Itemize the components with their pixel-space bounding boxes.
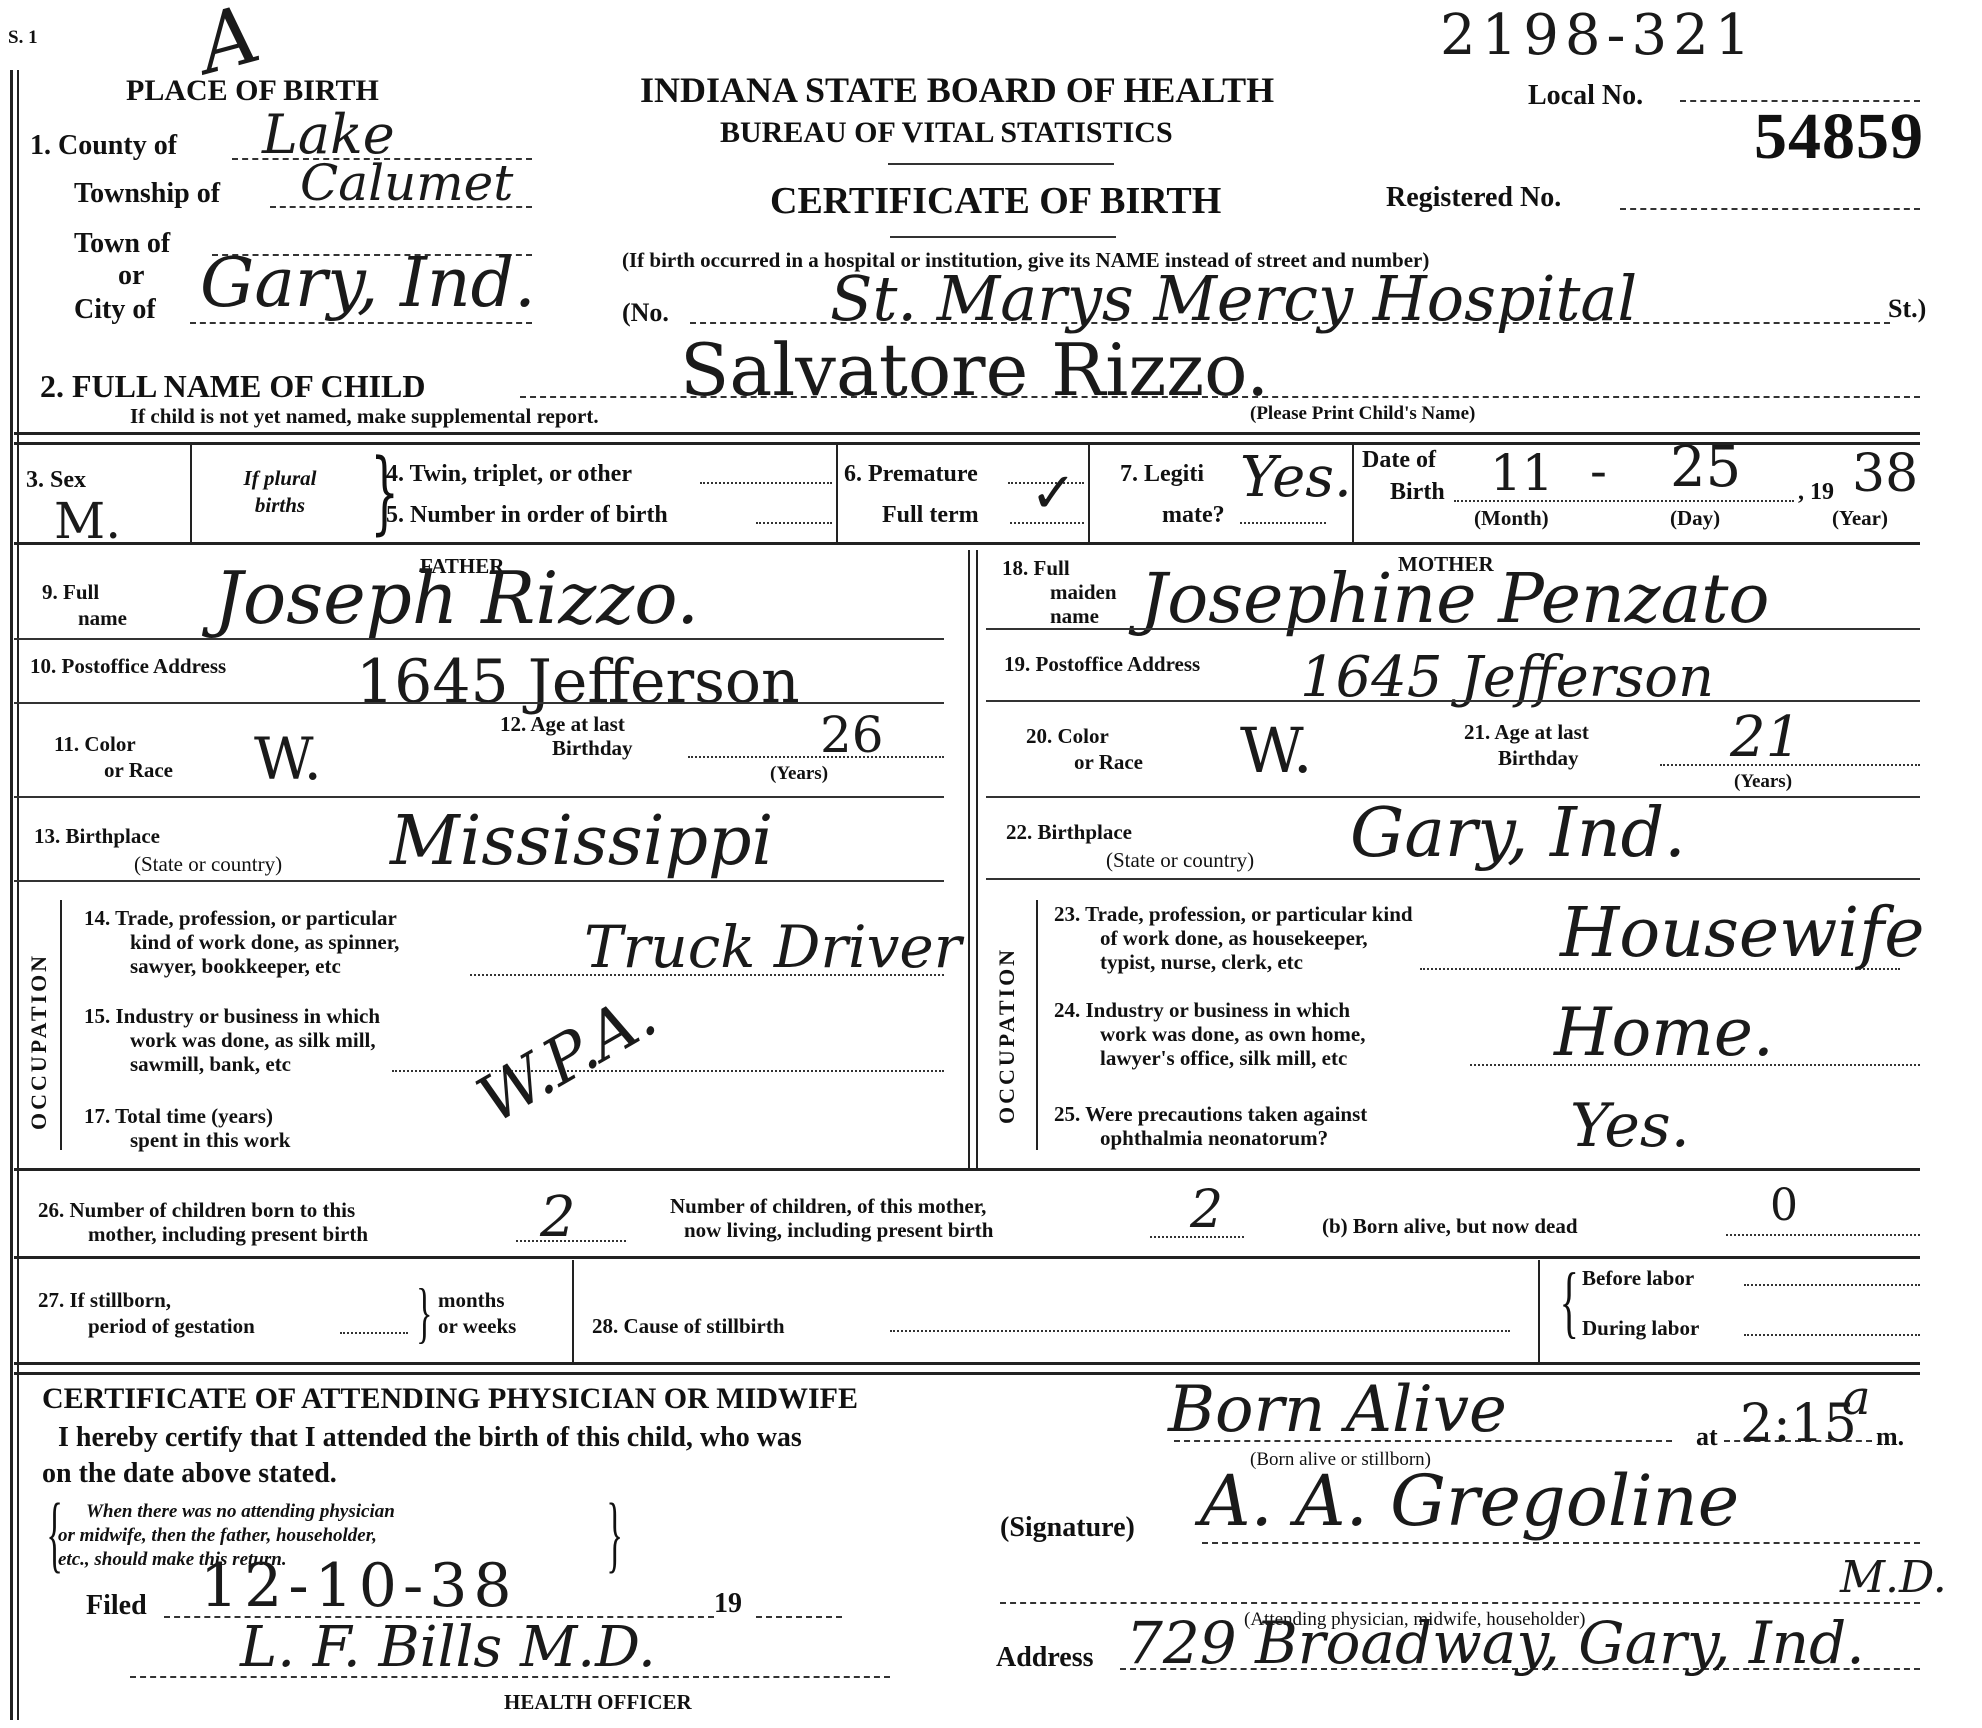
township-label: Township of (74, 180, 220, 208)
father-color-label-1: 11. Color (54, 734, 136, 755)
dob-year-prefix: , 19 (1798, 480, 1834, 504)
mother-occupation-side-label: OCCUPATION (994, 947, 1020, 1124)
note-brace-right: } (606, 1490, 623, 1576)
cause-label: 28. Cause of stillbirth (592, 1316, 785, 1337)
registered-no-label: Registered No. (1386, 184, 1561, 212)
plural-label-line2: births (220, 495, 340, 516)
title-rule-bottom (890, 236, 1116, 238)
or-label: or (118, 262, 144, 290)
mother-trade-label-3: typist, nurse, clerk, etc (1100, 952, 1303, 973)
agency-title: INDIANA STATE BOARD OF HEALTH (640, 72, 1274, 108)
mother-age-label-1: 21. Age at last (1464, 722, 1589, 743)
dob-label-1: Date of (1362, 448, 1436, 472)
mother-name-label-1: 18. Full (1002, 558, 1070, 579)
legit-value: Yes. (1240, 450, 1352, 506)
local-no-value: 54859 (1754, 104, 1924, 170)
at-label: at (1696, 1424, 1718, 1450)
plural-label: If plural births (220, 468, 340, 516)
full-term-check: ✓ (1030, 466, 1077, 522)
mother-birthplace-label: 22. Birthplace (1006, 822, 1132, 843)
labor-brace: { (1560, 1262, 1579, 1342)
mother-address-value: 1645 Jefferson (1300, 650, 1714, 706)
dob-separator: - (1590, 446, 1607, 496)
physician-address-value: 729 Broadway, Gary, Ind. (1126, 1614, 1865, 1672)
year-caption: (Year) (1832, 508, 1888, 529)
father-name-rule (14, 638, 944, 640)
registered-no-field[interactable] (1620, 208, 1920, 210)
mother-birthplace-rule (986, 878, 1920, 880)
county-label: 1. County of (30, 132, 177, 160)
mother-name-label-2: maiden (1050, 582, 1117, 603)
father-address-rule (14, 702, 944, 704)
certificate-text-2: on the date above stated. (42, 1460, 337, 1488)
twin-field[interactable] (700, 482, 832, 484)
mother-name-rule (986, 628, 1920, 630)
children-born-value: 2 (540, 1190, 576, 1246)
twin-label: 4. Twin, triplet, or other (386, 462, 632, 486)
left-border (10, 70, 13, 1720)
signature-suffix: M.D. (1840, 1556, 1947, 1600)
father-name-value: Joseph Rizzo. (214, 562, 699, 634)
row-rule-2 (14, 542, 1920, 545)
note-line-2: or midwife, then the father, householder… (58, 1526, 377, 1545)
mother-precautions-label-1: 25. Were precautions taken against (1054, 1104, 1367, 1125)
father-age-value: 26 (820, 710, 884, 760)
mother-address-rule (986, 700, 1920, 702)
father-industry-label-2: work was done, as silk mill, (130, 1030, 376, 1051)
cause-divider (1538, 1260, 1540, 1364)
health-officer-signature: L. F. Bills M.D. (240, 1620, 656, 1676)
street-prefix: (No. (622, 300, 669, 326)
signature-value: A. A. Gregoline (1200, 1466, 1739, 1536)
father-color-label-2: or Race (104, 760, 173, 781)
father-years-caption: (Years) (770, 764, 828, 783)
mother-birthplace-sub: (State or country) (1106, 850, 1254, 871)
filed-label: Filed (86, 1592, 147, 1620)
father-birthplace-value: Mississippi (390, 808, 773, 876)
children-living-label-2: now living, including present birth (684, 1220, 993, 1241)
children-dead-label: (b) Born alive, but now dead (1322, 1216, 1578, 1237)
certificate-text-1: I hereby certify that I attended the bir… (58, 1424, 802, 1452)
mother-precautions-label-2: ophthalmia neonatorum? (1100, 1128, 1328, 1149)
gestation-label-2: period of gestation (88, 1316, 255, 1337)
father-color-value: W. (254, 730, 322, 788)
legit-divider (1352, 442, 1354, 542)
father-birthplace-label: 13. Birthplace (34, 826, 160, 847)
father-name-label-2: name (78, 608, 127, 629)
left-border-inner (17, 70, 19, 1720)
signature-field-2[interactable] (1000, 1602, 1920, 1604)
premature-label: 6. Premature (844, 462, 978, 486)
gestation-field[interactable] (340, 1332, 408, 1334)
child-name-label: 2. FULL NAME OF CHILD (40, 370, 426, 402)
children-living-value: 2 (1190, 1184, 1223, 1236)
father-birthplace-sub: (State or country) (134, 854, 282, 875)
premature-divider (1088, 442, 1090, 542)
form-code: S. 1 (8, 28, 38, 47)
mother-occupation-rule (1036, 900, 1038, 1150)
city-label: City of (74, 296, 156, 324)
father-time-label-2: spent in this work (130, 1130, 290, 1151)
bureau-title: BUREAU OF VITAL STATISTICS (720, 118, 1173, 148)
plural-label-line1: If plural (220, 468, 340, 489)
mother-color-value: W. (1240, 720, 1313, 782)
town-label: Town of (74, 230, 170, 258)
mother-industry-value: Home. (1554, 1000, 1774, 1066)
row-rule-1 (14, 432, 1920, 435)
health-officer-label: HEALTH OFFICER (504, 1692, 692, 1713)
dob-month: 11 (1490, 448, 1554, 498)
mother-industry-label-2: work was done, as own home, (1100, 1024, 1365, 1045)
father-age-field[interactable] (688, 756, 944, 758)
father-address-label: 10. Postoffice Address (30, 656, 226, 677)
before-labor-field[interactable] (1744, 1284, 1920, 1286)
children-dead-value: 0 (1770, 1184, 1798, 1228)
note-line-1: When there was no attending physician (86, 1502, 395, 1521)
father-occupation-side-label: OCCUPATION (26, 953, 52, 1130)
mother-address-label: 19. Postoffice Address (1004, 654, 1200, 675)
before-labor-label: Before labor (1582, 1268, 1694, 1289)
legit-label-1: 7. Legiti (1120, 462, 1204, 486)
street-suffix: St.) (1888, 296, 1926, 322)
father-occupation-rule (60, 900, 62, 1150)
during-labor-label: During labor (1582, 1318, 1699, 1339)
hospital-value: St. Marys Mercy Hospital (830, 268, 1637, 330)
father-name-label-1: 9. Full (42, 582, 99, 603)
birth-ampm-value: a (1842, 1374, 1871, 1422)
father-trade-label-1: 14. Trade, profession, or particular (84, 908, 397, 929)
weeks-label: or weeks (438, 1316, 516, 1337)
children-dead-field[interactable] (1726, 1234, 1920, 1236)
parents-divider (968, 550, 970, 1170)
father-age-label-2: Birthday (552, 738, 633, 759)
mother-age-label-2: Birthday (1498, 748, 1579, 769)
gestation-brace: } (416, 1278, 432, 1346)
order-label: 5. Number in order of birth (386, 503, 668, 527)
mother-trade-label-1: 23. Trade, profession, or particular kin… (1054, 904, 1413, 925)
city-value: Gary, Ind. (200, 250, 536, 318)
father-age-label-1: 12. Age at last (500, 714, 625, 735)
dob-year: 38 (1852, 448, 1918, 500)
certificate-heading: CERTIFICATE OF ATTENDING PHYSICIAN OR MI… (42, 1384, 858, 1414)
mother-color-label-1: 20. Color (1026, 726, 1109, 747)
sex-label: 3. Sex (26, 468, 86, 492)
row-rule-1b (14, 442, 1920, 445)
row-rule-3 (14, 1168, 1920, 1171)
mother-industry-label-3: lawyer's office, silk mill, etc (1100, 1048, 1347, 1069)
parents-divider-b (976, 550, 978, 1170)
gestation-label-1: 27. If stillborn, (38, 1290, 171, 1311)
full-term-label: Full term (882, 503, 979, 527)
birth-status-value: Born Alive (1168, 1378, 1507, 1442)
local-no-label: Local No. (1528, 82, 1643, 110)
legit-label-2: mate? (1162, 503, 1225, 527)
certificate-title: CERTIFICATE OF BIRTH (770, 182, 1221, 220)
during-labor-field[interactable] (1744, 1334, 1920, 1336)
signature-label: (Signature) (1000, 1514, 1135, 1542)
sex-divider (190, 442, 192, 542)
twin-divider (836, 442, 838, 542)
mother-trade-value: Housewife (1560, 900, 1925, 968)
child-name-value: Salvatore Rizzo. (680, 334, 1269, 406)
filed-value: 12-10-38 (200, 1556, 518, 1616)
mother-precautions-value: Yes. (1570, 1096, 1690, 1156)
father-trade-value: Truck Driver (584, 918, 961, 976)
filed-year-prefix: 19 (714, 1590, 742, 1618)
physician-address-label: Address (996, 1644, 1094, 1672)
sex-value: M. (54, 496, 121, 546)
mother-name-label-3: name (1050, 606, 1099, 627)
township-value: Calumet (300, 158, 513, 208)
signature-field[interactable] (1202, 1542, 1920, 1544)
gestation-divider (572, 1260, 574, 1364)
father-birthplace-rule (14, 880, 944, 882)
mother-age-value: 21 (1730, 710, 1801, 766)
legit-field[interactable] (1240, 522, 1326, 524)
day-caption: (Day) (1670, 508, 1720, 529)
dob-label-2: Birth (1390, 480, 1445, 504)
children-living-label-1: Number of children, of this mother, (670, 1196, 986, 1217)
birth-time-value: 2:15 (1740, 1398, 1857, 1450)
months-label: months (438, 1290, 505, 1311)
m-label: m. (1876, 1424, 1904, 1450)
father-industry-value: W.P.A. (468, 983, 666, 1134)
father-time-label-1: 17. Total time (years) (84, 1106, 273, 1127)
mother-color-label-2: or Race (1074, 752, 1143, 773)
father-industry-label-3: sawmill, bank, etc (130, 1054, 291, 1075)
mother-name-value: Josephine Penzato (1140, 566, 1769, 634)
row-rule-5b (14, 1372, 1920, 1375)
order-field[interactable] (756, 522, 832, 524)
father-trade-label-2: kind of work done, as spinner, (130, 932, 399, 953)
mother-birthplace-value: Gary, Ind. (1350, 800, 1686, 868)
print-name-note: (Please Print Child's Name) (1250, 404, 1475, 423)
father-trade-label-3: sawyer, bookkeeper, etc (130, 956, 341, 977)
filed-year-field[interactable] (756, 1616, 842, 1618)
father-industry-label-1: 15. Industry or business in which (84, 1006, 380, 1027)
place-of-birth-heading: PLACE OF BIRTH (126, 76, 379, 106)
top-annotation-number: 2198-321 (1440, 8, 1756, 64)
children-born-label-2: mother, including present birth (88, 1224, 368, 1245)
mother-trade-label-2: of work done, as housekeeper, (1100, 928, 1368, 949)
cause-field[interactable] (890, 1330, 1510, 1332)
row-rule-5 (14, 1362, 1920, 1365)
mother-industry-label-1: 24. Industry or business in which (1054, 1000, 1350, 1021)
title-rule-top (888, 163, 1114, 165)
child-name-note: If child is not yet named, make suppleme… (130, 406, 599, 427)
dob-day: 25 (1670, 440, 1741, 496)
mother-years-caption: (Years) (1734, 772, 1792, 791)
month-caption: (Month) (1474, 508, 1549, 529)
row-rule-4 (14, 1256, 1920, 1259)
father-color-rule (14, 796, 944, 798)
children-born-label-1: 26. Number of children born to this (38, 1200, 355, 1221)
